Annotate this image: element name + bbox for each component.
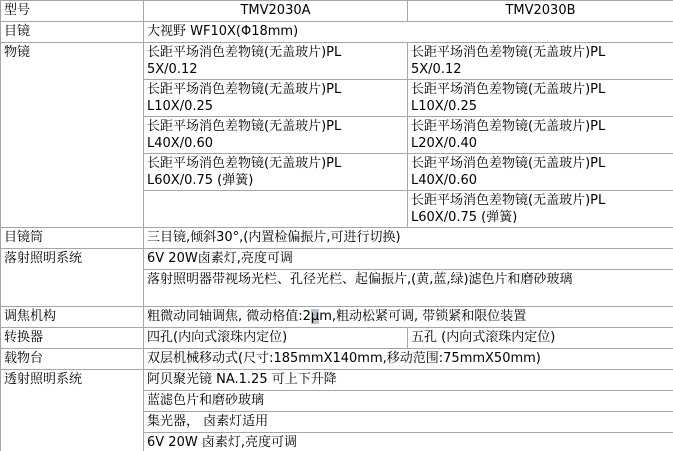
row-label-objective: 物镜 bbox=[1, 43, 144, 228]
table-row-eyepiece: 目镜 大视野 WF10X(Φ18mm) bbox=[1, 22, 673, 43]
focusing-value-post: m,粗动松紧可调, 带锁紧和限位装置 bbox=[319, 309, 526, 324]
trans-item-2: 蓝滤色片和磨砂玻璃 bbox=[144, 391, 673, 412]
epi-lamp-value: 6V 20W卤素灯,亮度可调 bbox=[144, 249, 673, 270]
table-row-focusing: 调焦机构 粗微动同轴调焦, 微动格值:2μm,粗动松紧可调, 带锁紧和限位装置 bbox=[1, 307, 673, 328]
spec-table: 型号 TMV2030A TMV2030B 目镜 大视野 WF10X(Φ18mm)… bbox=[0, 0, 673, 451]
model-b-header: TMV2030B bbox=[408, 1, 673, 22]
row-label-focusing: 调焦机构 bbox=[1, 307, 144, 328]
objective-b-3: 长距平场消色差物镜(无盖玻片)PL L20X/0.40 bbox=[408, 117, 673, 154]
objective-a-5 bbox=[144, 191, 408, 228]
model-a-header: TMV2030A bbox=[144, 1, 408, 22]
stage-value: 双层机械移动式(尺寸:185mmX140mm,移动范围:75mmX50mm) bbox=[144, 349, 673, 370]
row-label-stage: 载物台 bbox=[1, 349, 144, 370]
row-label-nosepiece: 转换器 bbox=[1, 328, 144, 349]
nosepiece-b-value: 五孔 (内向式滚珠内定位) bbox=[408, 328, 673, 349]
row-label-eyepiece-tube: 目镜筒 bbox=[1, 228, 144, 249]
spec-page: 型号 TMV2030A TMV2030B 目镜 大视野 WF10X(Φ18mm)… bbox=[0, 0, 673, 451]
focusing-value: 粗微动同轴调焦, 微动格值:2μm,粗动松紧可调, 带锁紧和限位装置 bbox=[144, 307, 673, 328]
eyepiece-value: 大视野 WF10X(Φ18mm) bbox=[144, 22, 673, 43]
objective-b-2: 长距平场消色差物镜(无盖玻片)PL L10X/0.25 bbox=[408, 80, 673, 117]
row-label-eyepiece: 目镜 bbox=[1, 22, 144, 43]
row-label-epi-illumination: 落射照明系统 bbox=[1, 249, 144, 307]
table-row-eyepiece-tube: 目镜筒 三目镜,倾斜30°,(内置检偏振片,可进行切换) bbox=[1, 228, 673, 249]
row-label-model: 型号 bbox=[1, 1, 144, 22]
objective-b-5: 长距平场消色差物镜(无盖玻片)PL L60X/0.75 (弹簧) bbox=[408, 191, 673, 228]
table-row-stage: 载物台 双层机械移动式(尺寸:185mmX140mm,移动范围:75mmX50m… bbox=[1, 349, 673, 370]
table-row-objective-1: 物镜 长距平场消色差物镜(无盖玻片)PL 5X/0.12 长距平场消色差物镜(无… bbox=[1, 43, 673, 80]
focusing-mu-highlight: μ bbox=[311, 309, 319, 324]
eyepiece-tube-value: 三目镜,倾斜30°,(内置检偏振片,可进行切换) bbox=[144, 228, 673, 249]
nosepiece-a-value: 四孔(内向式滚珠内定位) bbox=[144, 328, 408, 349]
objective-a-2: 长距平场消色差物镜(无盖玻片)PL L10X/0.25 bbox=[144, 80, 408, 117]
objective-a-3: 长距平场消色差物镜(无盖玻片)PL L40X/0.60 bbox=[144, 117, 408, 154]
table-row-nosepiece: 转换器 四孔(内向式滚珠内定位) 五孔 (内向式滚珠内定位) bbox=[1, 328, 673, 349]
objective-a-4: 长距平场消色差物镜(无盖玻片)PL L60X/0.75 (弹簧) bbox=[144, 154, 408, 191]
trans-item-4: 6V 20W 卤素灯,亮度可调 bbox=[144, 433, 673, 451]
epi-illuminator-value: 落射照明器带视场光栏、孔径光栏、起偏振片,(黄,蓝,绿)滤色片和磨砂玻璃 bbox=[144, 270, 673, 307]
table-row-model: 型号 TMV2030A TMV2030B bbox=[1, 1, 673, 22]
objective-b-1: 长距平场消色差物镜(无盖玻片)PL 5X/0.12 bbox=[408, 43, 673, 80]
table-row-epi-lamp: 落射照明系统 6V 20W卤素灯,亮度可调 bbox=[1, 249, 673, 270]
objective-b-4: 长距平场消色差物镜(无盖玻片)PL L40X/0.60 bbox=[408, 154, 673, 191]
row-label-trans-illumination: 透射照明系统 bbox=[1, 370, 144, 451]
trans-item-1: 阿贝聚光镜 NA.1.25 可上下升降 bbox=[144, 370, 673, 391]
table-row-trans-1: 透射照明系统 阿贝聚光镜 NA.1.25 可上下升降 bbox=[1, 370, 673, 391]
focusing-value-pre: 粗微动同轴调焦, 微动格值:2 bbox=[147, 309, 311, 324]
objective-a-1: 长距平场消色差物镜(无盖玻片)PL 5X/0.12 bbox=[144, 43, 408, 80]
trans-item-3: 集光器， 卤素灯适用 bbox=[144, 412, 673, 433]
